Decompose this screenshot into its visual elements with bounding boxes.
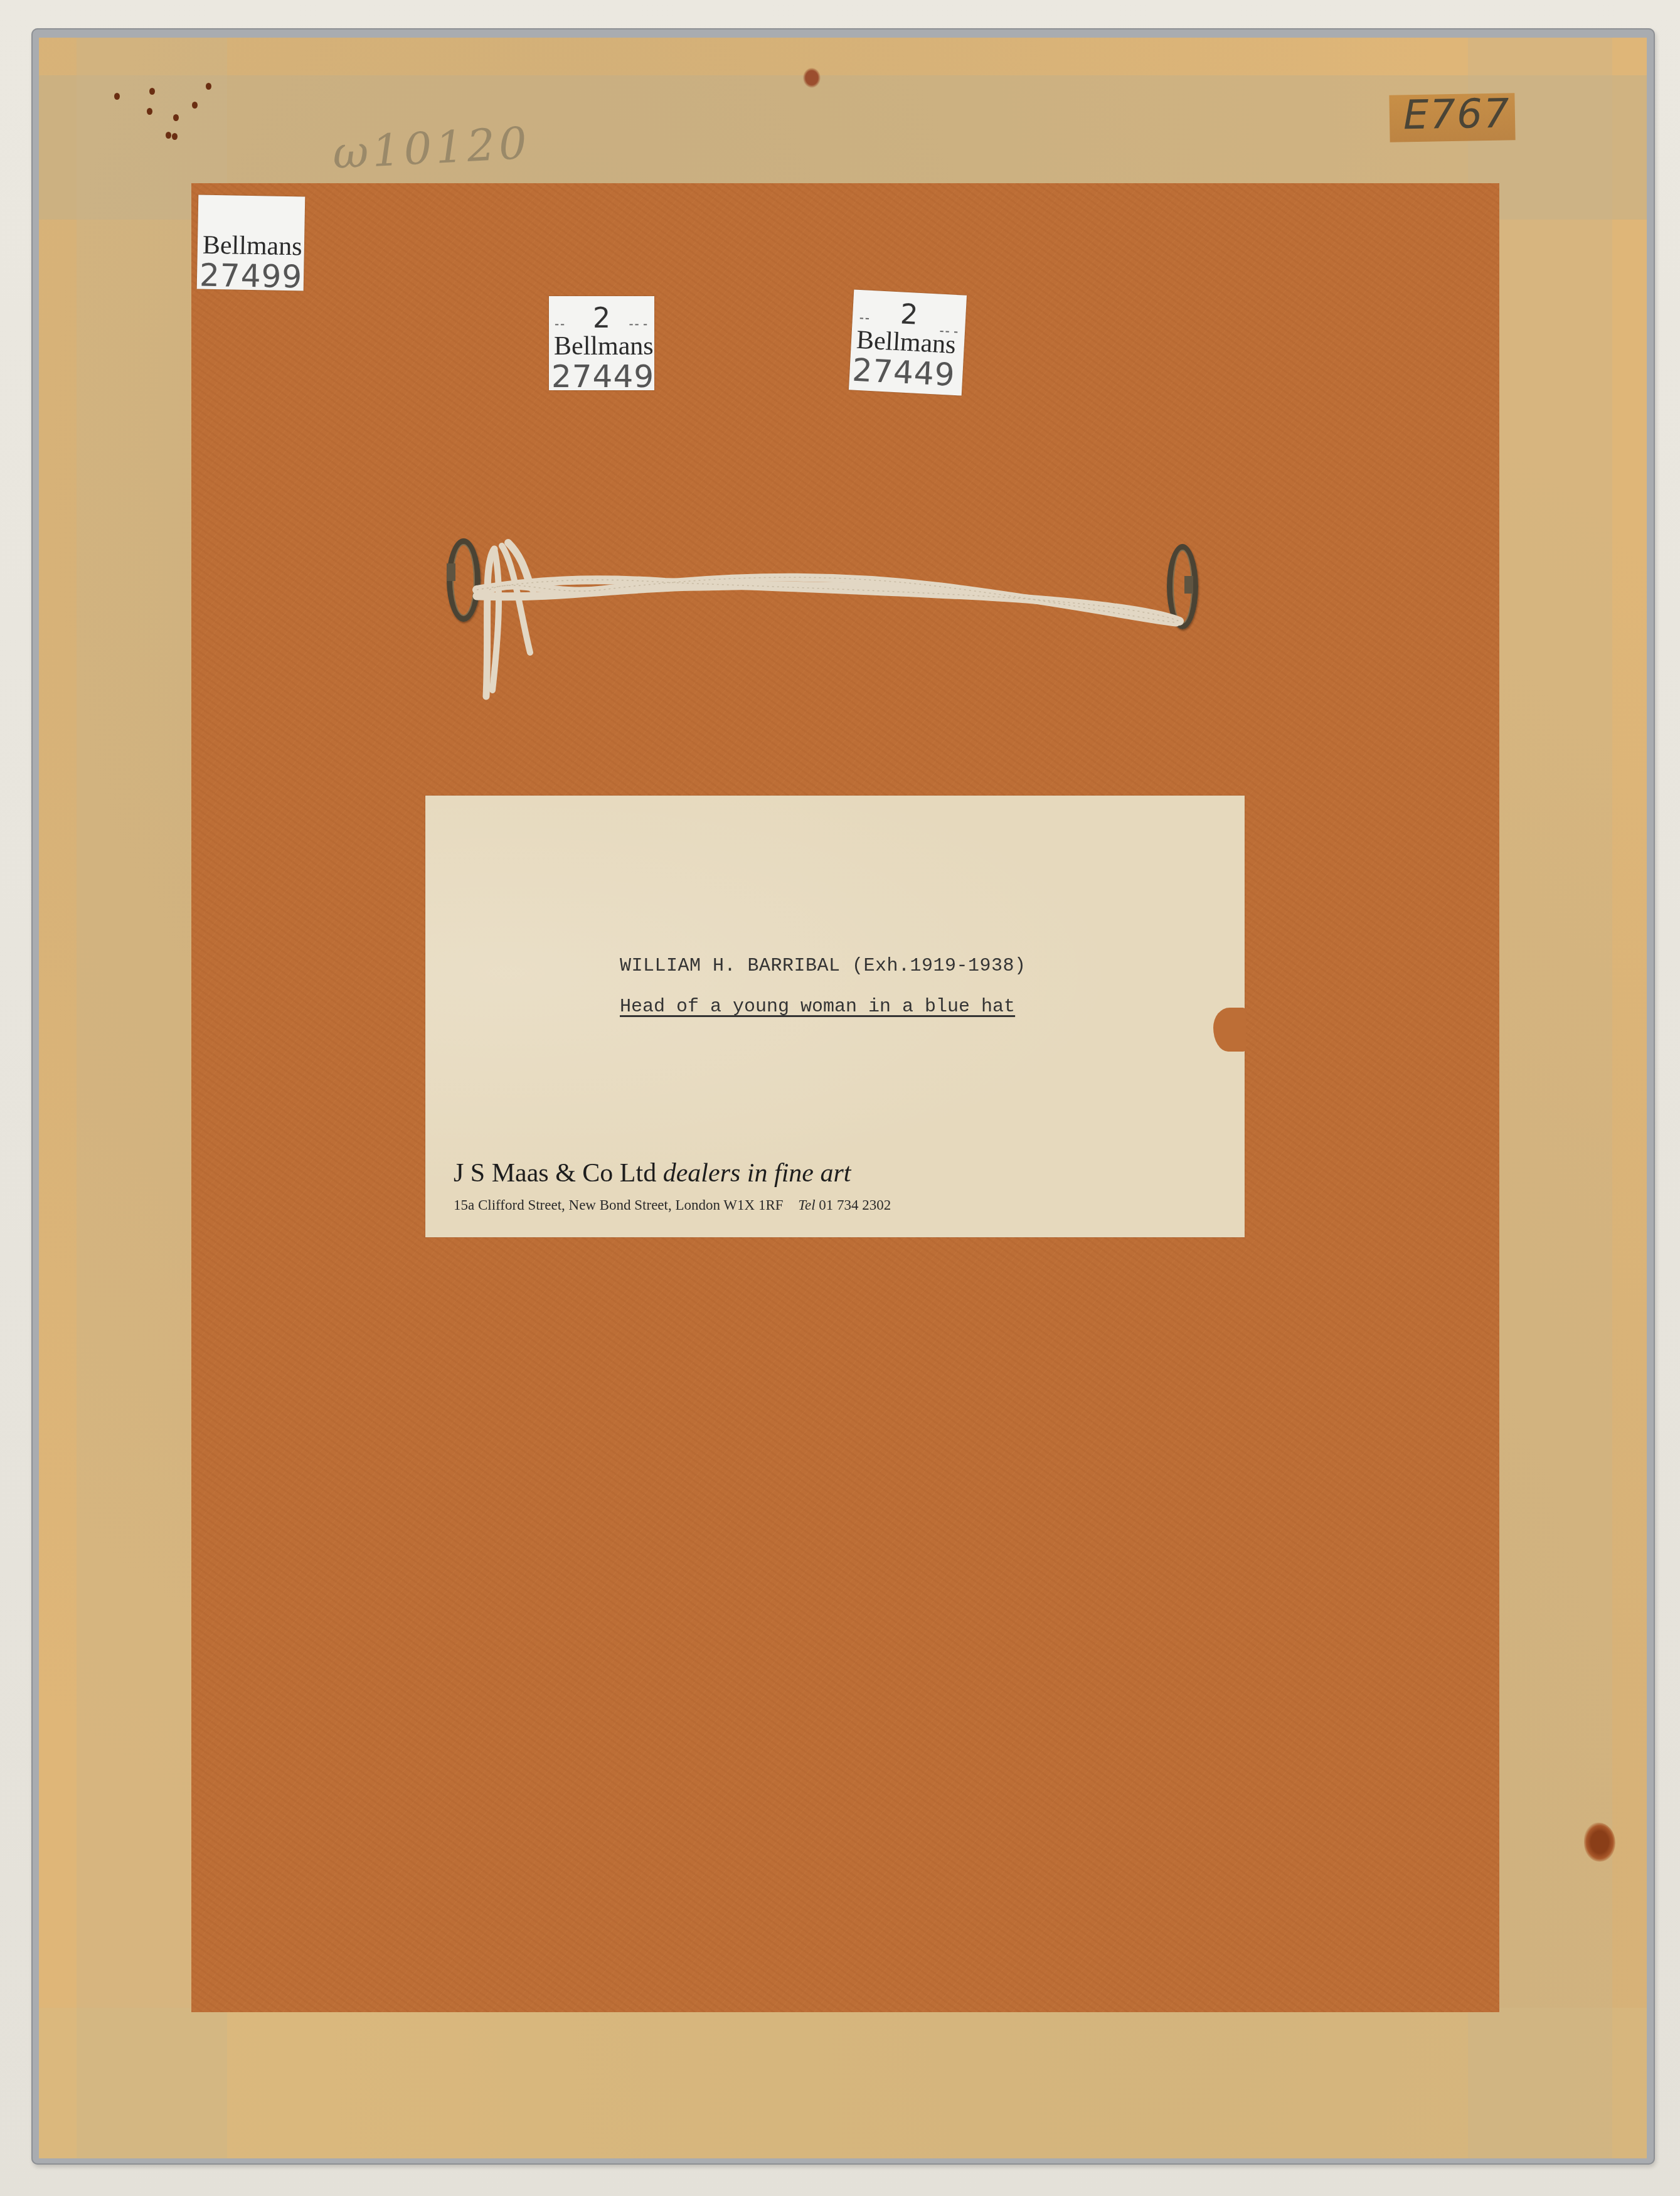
- tape-strip-bottom: [39, 2008, 1647, 2158]
- dealer-address-line: 15a Clifford Street, New Bond Street, Lo…: [454, 1197, 891, 1213]
- dash-mark: ⁃⁃ ⁃: [938, 326, 959, 340]
- dealer-address: 15a Clifford Street, New Bond Street, Lo…: [454, 1197, 784, 1213]
- torn-corner: [1213, 1008, 1246, 1052]
- artwork-title: Head of a young woman in a blue hat: [620, 996, 1015, 1018]
- stock-code-tag: E767: [1389, 93, 1515, 142]
- stain-right: [1584, 1823, 1615, 1862]
- auction-label-number: 27499: [197, 259, 304, 294]
- auction-label-number: 27449: [849, 353, 963, 392]
- hanging-cord: [439, 527, 1255, 709]
- auction-label-number: 27449: [549, 360, 654, 393]
- auction-label-brand: Bellmans: [198, 232, 305, 261]
- artist-name: WILLIAM H. BARRIBAL (Exh.1919-1938): [620, 956, 1026, 977]
- pencil-inscription: ω10120: [331, 117, 532, 179]
- dealer-name: J S Maas & Co Ltd: [454, 1159, 656, 1188]
- dash-mark: ⁃⁃: [858, 312, 870, 326]
- auction-label-2: ⁃⁃ ⁃⁃ ⁃ 2 Bellmans 27449: [549, 296, 654, 390]
- dealer-heading: J S Maas & Co Ltd dealers in fine art: [454, 1158, 851, 1188]
- stock-code-text: E767: [1403, 90, 1511, 139]
- cord-icon: [439, 527, 1255, 709]
- tel-label: Tel: [798, 1197, 815, 1213]
- dealer-tagline: dealers in fine art: [663, 1159, 851, 1188]
- auction-label-3: ⁃⁃ ⁃⁃ ⁃ 2 Bellmans 27449: [849, 289, 967, 395]
- dash-mark: ⁃⁃: [554, 319, 565, 332]
- auction-label-brand: Bellmans: [549, 333, 654, 360]
- auction-label-1: Bellmans 27499: [197, 195, 306, 291]
- dealer-label-card: WILLIAM H. BARRIBAL (Exh.1919-1938) Head…: [425, 796, 1245, 1237]
- tel-number: 01 734 2302: [819, 1197, 891, 1213]
- stain-top: [803, 68, 821, 88]
- dash-mark: ⁃⁃ ⁃: [629, 319, 649, 332]
